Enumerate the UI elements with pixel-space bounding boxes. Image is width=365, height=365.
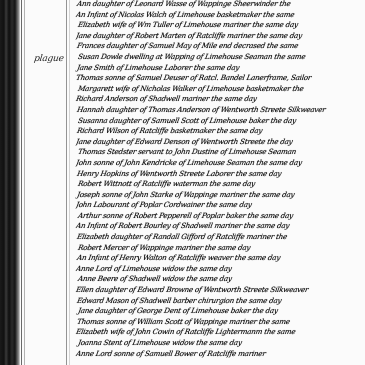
register-entry: Susanna daughter of Samuell Scott of Lim… bbox=[75, 116, 365, 127]
register-entry: An Infant of Nicolas Walch of Limehouse … bbox=[75, 10, 365, 21]
register-entry: Hannah daughter of Thomas Anderson of We… bbox=[75, 105, 365, 116]
register-entry: Anne Beere of Shadwell widow the same da… bbox=[75, 274, 365, 285]
register-entry: Thomas sonne of William Scott of Wapping… bbox=[75, 317, 365, 328]
register-entry: Elizabeth wife of Wm Tuller of Limehouse… bbox=[75, 20, 365, 31]
register-entry: Henry Hopkins of Wentworth Streete Labor… bbox=[75, 169, 365, 180]
page-edge-line bbox=[24, 0, 25, 365]
register-entry: Anne Lord of Limehouse widow the same da… bbox=[75, 264, 365, 275]
register-entry: Susan Dowle dwelling at Wapping of Limeh… bbox=[75, 52, 365, 63]
register-entry: Elizabeth daughter of Randall Gifford of… bbox=[75, 232, 365, 243]
register-entry: Elizabeth wife of John Cowin of Ratcliff… bbox=[75, 327, 365, 338]
margin-note-plague: plague bbox=[33, 54, 64, 64]
register-entry: John sonne of John Kendricke of Limehous… bbox=[75, 158, 365, 169]
register-entry: John Labourant of Poplar Cordwainer the … bbox=[75, 200, 365, 211]
register-entry: Jane daughter of George Dent of Limehous… bbox=[75, 306, 365, 317]
register-entry: Robert Mercer of Wappinge mariner the sa… bbox=[75, 243, 365, 254]
register-entry: Joanna Stent of Limehouse widow the same… bbox=[75, 338, 365, 349]
register-entry: Arthur sonne of Robert Pepperell of Popl… bbox=[75, 211, 365, 222]
register-entry: Thomas sonne of Samuel Deuser of Ratcl. … bbox=[75, 73, 365, 84]
register-entry: Edward Mason of Shadwell barber chirurgi… bbox=[75, 296, 365, 307]
register-entry: Richard Wilson of Ratcliffe basketmaker … bbox=[75, 126, 365, 137]
margin-ruled-line bbox=[66, 0, 67, 365]
register-entry: Anne Lord sonne of Samuell Bower of Ratc… bbox=[75, 349, 365, 360]
register-entry: An Infant of Robert Bourley of Shadwell … bbox=[75, 221, 365, 232]
register-entry: Thomas Stedster servant to John Dustine … bbox=[75, 147, 365, 158]
register-entry: Margarett wife of Nicholas Walker of Lim… bbox=[75, 84, 365, 95]
manuscript-page: plague Ann daughter of Leonard Wasse of … bbox=[0, 0, 365, 365]
register-entry: An Infant of Henry Walton of Ratcliffe w… bbox=[75, 253, 365, 264]
page-edge-line bbox=[21, 0, 22, 365]
register-entry: Joseph sonne of John Starke of Wappinge … bbox=[75, 190, 365, 201]
margin-ruled-line bbox=[69, 0, 70, 365]
register-entry: Ann daughter of Leonard Wasse of Wapping… bbox=[75, 0, 365, 10]
book-binding-edge bbox=[0, 0, 20, 365]
register-entries: Ann daughter of Leonard Wasse of Wapping… bbox=[76, 0, 365, 359]
register-entry: Jane daughter of Robert Marten of Ratcli… bbox=[75, 31, 365, 42]
register-entry: Jane daughter of Edward Denson of Wentwo… bbox=[75, 137, 365, 148]
register-entry: Robert Wittnott of Ratcliffe waterman th… bbox=[75, 179, 365, 190]
register-entry: Richard Anderson of Shadwell mariner the… bbox=[75, 94, 365, 105]
register-entry: Frances daughter of Samuel May of Mile e… bbox=[75, 41, 365, 52]
register-entry: Ellen daughter of Edward Browne of Wentw… bbox=[75, 285, 365, 296]
register-entry: Jane Smith of Limehouse Laborer the same… bbox=[75, 63, 365, 74]
